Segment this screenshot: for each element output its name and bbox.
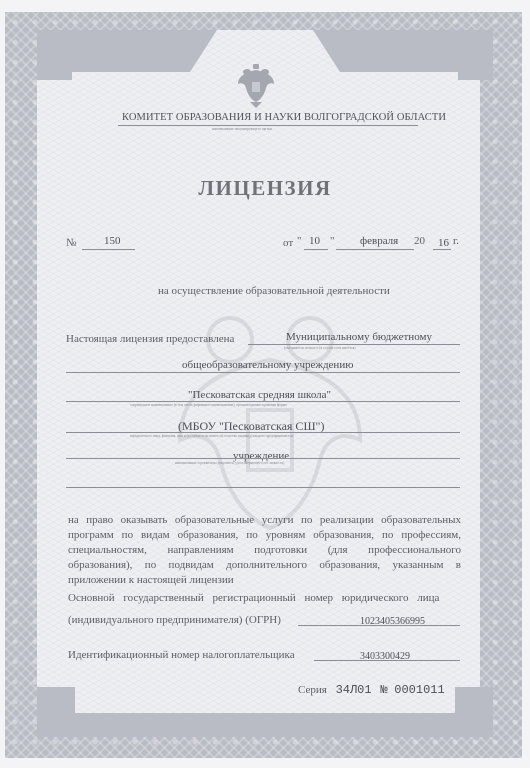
series-number-label: № (380, 683, 387, 697)
coat-of-arms-icon (236, 62, 276, 108)
rights-line: приложении к настоящей лицензии (68, 573, 461, 588)
inn-label: Идентификационный номер налогоплательщик… (68, 649, 295, 661)
ornament-bottom-band (37, 713, 480, 737)
rights-line: программ по видам образования, по уровня… (68, 528, 461, 543)
series-number: 0001011 (394, 683, 444, 697)
ogrn-label-line-2: (индивидуального предпринимателя) (ОГРН) (68, 614, 281, 626)
blank-underline (66, 487, 460, 488)
date-prefix: от (283, 237, 293, 249)
date-year-prefix: 20 (414, 235, 425, 247)
grantee-caption-4: юридического лица, фамилия, имя и (в слу… (130, 434, 294, 438)
grantee-underline-2 (66, 372, 460, 373)
date-year-underline (433, 249, 451, 250)
inn-underline (314, 660, 460, 661)
grantee-caption-1: (указывается полное и (в случае если име… (284, 346, 355, 350)
authority-caption: наименование лицензирующего органа (212, 127, 272, 131)
ornament-corner-bottom-left (37, 687, 75, 737)
ornament-corner-top-right-post (458, 30, 493, 80)
ornament-corner-top-left-post (37, 30, 72, 80)
date-year-suffix: 16 (438, 237, 449, 249)
date-month-underline (336, 249, 414, 250)
ogrn-underline (298, 625, 460, 626)
series-label: Серия (298, 684, 327, 696)
rights-line: специальностям, направлениям подготовки … (68, 543, 461, 558)
activity-type: на осуществление образовательной деятель… (158, 285, 390, 297)
number-label: № (66, 237, 77, 249)
grantee-line-3: "Песковатская средняя школа" (188, 389, 331, 401)
rights-paragraph: на право оказывать образовательные услуг… (68, 513, 461, 588)
date-day: 10 (309, 235, 320, 247)
grantee-underline-1 (248, 344, 460, 345)
grantee-underline-4 (66, 432, 460, 433)
series-code: 34Л01 (336, 683, 372, 697)
authority-underline (118, 125, 418, 126)
date-month: февраля (360, 235, 398, 247)
grantee-line-2: общеобразовательному учреждению (182, 359, 353, 371)
blank-series: Серия 34Л01 № 0001011 (298, 683, 445, 697)
grantee-underline-3 (66, 401, 460, 402)
date-year-unit: г. (453, 235, 459, 247)
grantee-caption-5: наименование и реквизиты документа, удос… (175, 461, 284, 465)
licensing-authority: КОМИТЕТ ОБРАЗОВАНИЯ И НАУКИ ВОЛГОГРАДСКО… (122, 112, 446, 123)
grantee-caption-3: сокращенное наименование (в том числе фи… (130, 403, 287, 407)
date-day-underline (304, 249, 328, 250)
granted-label: Настоящая лицензия предоставлена (66, 333, 234, 345)
document-title: ЛИЦЕНЗИЯ (0, 176, 530, 201)
rights-line: образования), по подвидам дополнительног… (68, 558, 461, 573)
grantee-line-1: Муниципальному бюджетному (286, 331, 432, 343)
rights-line: на право оказывать образовательные услуг… (68, 513, 461, 528)
number-underline (82, 249, 135, 250)
ogrn-label-line-1: Основной государственный регистрационный… (68, 592, 439, 604)
ornament-corner-bottom-right (455, 687, 493, 737)
license-number: 150 (104, 235, 121, 247)
grantee-underline-5 (66, 458, 460, 459)
